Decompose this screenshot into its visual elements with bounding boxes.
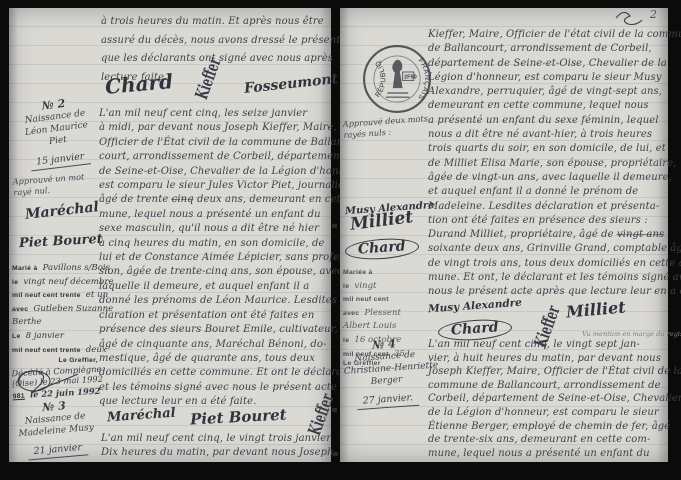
- margin-approval-note: Approuvé un mot rayé nul.: [12, 172, 85, 198]
- manuscript-line: Légion d'honneur, est comparu le sieur M…: [428, 71, 664, 85]
- manuscript-line: mune, lequel nous a présenté un enfant d…: [99, 208, 331, 222]
- folio-corner-mark: 2: [610, 4, 666, 34]
- marriage-stamp-row: mil neuf cent: [343, 291, 429, 305]
- signature-musy-alexandre: Musy Alexandre: [428, 297, 523, 316]
- handwritten-insert: Gutleben Suzanne: [33, 304, 113, 314]
- margin-approval-note: Approuvé deux mots rayés nuls :: [342, 113, 429, 140]
- left-opening-signatures: Chard Kieffer Fosseumont: [105, 72, 329, 96]
- marriage-stamp-row: avec Plessent: [343, 305, 429, 319]
- manuscript-line: âgée de vingt-un ans, avec laquelle il d…: [428, 171, 664, 185]
- manuscript-line: laquelle il demeure, et auquel enfant il…: [99, 280, 331, 294]
- marriage-stamp-row: Mariée à: [343, 264, 429, 278]
- stamp-text: mil neuf cent trente: [12, 347, 81, 354]
- manuscript-line: sion, âgée de trente-cinq ans, son épous…: [99, 265, 331, 279]
- margin-entry-3: № 3 Naissance deMadeleine Musy 21 janvie…: [13, 397, 100, 462]
- binding-staple: [333, 452, 338, 456]
- folio-number: 2: [649, 8, 657, 21]
- handwritten-insert: vingt: [354, 281, 376, 291]
- manuscript-line: à cinq heures du matin, en son domicile,…: [99, 237, 331, 251]
- binding-staple: [332, 224, 337, 228]
- manuscript-line: nous a dit être né avant-hier, à trois h…: [428, 128, 664, 142]
- right-page: RÉPUBLIQUE FRANÇAISE 2F50 Approuvé deux …: [340, 8, 668, 462]
- act-date: 27 janvier.: [356, 391, 419, 410]
- seal-justice-figure: [392, 60, 402, 88]
- manuscript-line: L'an mil neuf cent cinq, le vingt sept j…: [428, 338, 664, 352]
- manuscript-line: sexe masculin, qu'il nous a dit être né …: [99, 222, 331, 236]
- handwritten-insert: Pavillons s/Bois: [43, 263, 110, 273]
- margin-entry-4: № 4 Naissance deChristiane-HenrietteBerg…: [342, 335, 431, 411]
- manuscript-line: claration et présentation ont été faites…: [99, 309, 331, 323]
- manuscript-line: commune de Ballancourt, arrondissement d…: [428, 379, 664, 393]
- seal-value: 2F50: [404, 74, 417, 80]
- manuscript-line: à midi, par devant nous Joseph Kieffer, …: [99, 121, 331, 135]
- margin-signature-milliet: Milliet: [350, 211, 413, 231]
- left-page: à trois heures du matin. Et après nous ê…: [9, 8, 331, 462]
- manuscript-line: de Milliet Elisa Marie, son épouse, prop…: [428, 157, 664, 171]
- signature-milliet: Milliet: [349, 207, 414, 235]
- left-act2-lines: L'an mil neuf cent cinq, les seize janvi…: [99, 107, 331, 410]
- stamp-text: le: [343, 283, 349, 290]
- signature-marechal: Maréchal: [107, 406, 177, 426]
- margin-signature-piet-bouret: Piet Bouret: [19, 230, 103, 249]
- right-act3-signatures: Musy Alexandre Milliet Chard Kieffer Vu …: [428, 300, 664, 340]
- handwritten-insert: deux: [86, 345, 107, 355]
- margin-signature-chard: Chard: [345, 237, 419, 259]
- signature-milliet: Milliet: [565, 297, 626, 321]
- manuscript-line: et les témoins signé avec nous le présen…: [99, 381, 331, 395]
- manuscript-line: à trois heures du matin. Et après nous ê…: [101, 13, 329, 32]
- stamp-text: mil neuf cent trente: [12, 292, 81, 299]
- handwritten-insert: vingt neuf décembre: [23, 277, 113, 287]
- svg-text:RÉPUBLIQUE: RÉPUBLIQUE: [359, 39, 387, 99]
- right-act4-lines: L'an mil neuf cent cinq, le vingt sept j…: [428, 338, 664, 460]
- manuscript-line: soixante deux ans, Grinville Grand, comp…: [428, 242, 664, 256]
- margin-signature-marechal: Maréchal: [25, 200, 99, 219]
- manuscript-line: Durand Milliet, propriétaire, âgé de v̶i…: [428, 228, 664, 242]
- manuscript-line: de vingt trois ans, tous deux domiciliés…: [428, 257, 664, 271]
- stamp-text: Le: [12, 333, 21, 340]
- marriage-stamp-row: mil neuf cent trente deux: [12, 342, 98, 356]
- left-act3-opening-lines: L'an mil neuf cent cinq, le vingt trois …: [101, 432, 331, 460]
- signature-marechal: Maréchal: [24, 199, 99, 223]
- handwritten-insert: Berthe: [12, 317, 42, 327]
- right-act3-lines: Kieffer, Maire, Officier de l'état civil…: [428, 28, 664, 300]
- manuscript-line: présence des sieurs Bouret Emile, cultiv…: [99, 323, 331, 337]
- stamp-text: avec: [12, 306, 28, 313]
- republique-francaise-seal: RÉPUBLIQUE FRANÇAISE 2F50: [362, 44, 432, 114]
- manuscript-line: et auquel enfant il a donné le prénom de: [428, 185, 664, 199]
- manuscript-line: âgé de cinquante ans, Maréchal Bénoni, d…: [99, 338, 331, 352]
- manuscript-line: Officier de l'État civil de la commune d…: [99, 136, 331, 150]
- signature-chard: Chard: [104, 69, 174, 99]
- handwritten-insert: 8 janvier: [26, 331, 64, 341]
- manuscript-line: tion ont été faites en présence des sieu…: [428, 214, 664, 228]
- manuscript-line: L'an mil neuf cent cinq, le vingt trois …: [101, 432, 331, 446]
- registry-scan: à trois heures du matin. Et après nous ê…: [0, 0, 681, 480]
- manuscript-line: âgé de trente c̶i̶n̶q̶ deux ans, demeura…: [99, 193, 331, 207]
- binding-staple: [332, 408, 337, 412]
- manuscript-line: mestique, âgé de quarante ans, tous deux: [99, 352, 331, 366]
- margin-entry-2: № 2 Naissance deLéon MauricePiet 15 janv…: [13, 93, 101, 172]
- manuscript-line: département de Seine-et-Oise, Chevalier …: [428, 57, 664, 71]
- manuscript-line: de la Légion d'honneur, est comparu le s…: [428, 406, 664, 420]
- manuscript-line: a présenté un enfant du sexe féminin, le…: [428, 114, 664, 128]
- marriage-stamp-row: le vingt: [343, 278, 429, 292]
- signature-piet-bouret: Piet Bouret: [189, 405, 286, 428]
- manuscript-line: lui et de Constance Aimée Lépicier, sans…: [99, 251, 331, 265]
- manuscript-line: Étienne Berger, employé de chemin de fer…: [428, 420, 664, 434]
- marriage-stamp-row: mil neuf cent trente et un: [12, 287, 98, 301]
- marriage-stamp-row: Albert Louis: [343, 318, 429, 332]
- stamp-number: 981: [12, 393, 25, 401]
- manuscript-line: demeurant en cette commune, lequel nous: [428, 99, 664, 113]
- manuscript-line: L'an mil neuf cent cinq, les seize janvi…: [99, 107, 331, 121]
- marriage-stamp-row: avec Gutleben Suzanne: [12, 301, 98, 315]
- stamp-text: Mariée à: [343, 269, 373, 276]
- manuscript-line: Alexandre, perruquier, âgé de vingt-sept…: [428, 85, 664, 99]
- manuscript-line: mune. Et ont, le déclarant et les témoin…: [428, 271, 664, 285]
- signature-fosseumont: Fosseumont: [243, 71, 338, 97]
- stamp-text: le: [12, 279, 18, 286]
- manuscript-line: Corbeil, département de Seine-et-Oise, C…: [428, 392, 664, 406]
- manuscript-line: Dix heures du matin, par devant nous Jos…: [101, 446, 331, 460]
- act-date: 15 janvier: [29, 149, 91, 171]
- pencil-marginal-mention: Vu mention en marge du registre: [582, 330, 681, 338]
- manuscript-line: de Ballancourt, arrondissement de Corbei…: [428, 42, 664, 56]
- signature-chard: Chard: [344, 236, 419, 261]
- marriage-stamp-row: Marié à Pavillons s/Bois: [12, 260, 98, 274]
- manuscript-line: est comparu le sieur Jules Victor Piet, …: [99, 179, 331, 193]
- clerk-label: Le Greffier,: [12, 357, 98, 364]
- act-date: 21 janvier: [27, 440, 88, 460]
- left-act2-signatures: Maréchal Piet Bouret Kieffer: [107, 408, 329, 426]
- signature-piet-bouret: Piet Bouret: [19, 232, 103, 251]
- stamp-text: mil neuf cent: [343, 296, 389, 303]
- manuscript-line: Madeleine. Lesdites déclaration et prése…: [428, 200, 664, 214]
- handwritten-insert: Plessent: [364, 308, 401, 318]
- manuscript-line: de Seine-et-Oise, Chevalier de la Légion…: [99, 165, 331, 179]
- manuscript-line: trois quarts du soir, en son domicile, d…: [428, 142, 664, 156]
- manuscript-line: mune, lequel nous a présenté un enfant d…: [428, 447, 664, 461]
- manuscript-line: court, arrondissement de Corbeil, départ…: [99, 150, 331, 164]
- manuscript-line: assuré du décès, nous avons dressé le pr…: [101, 32, 329, 51]
- manuscript-line: de trente-six ans, demeurant en cette co…: [428, 433, 664, 447]
- stamp-text: Marié à: [12, 265, 38, 272]
- manuscript-line: Joseph Kieffer, Maire, Officier de l'Éta…: [428, 365, 664, 379]
- manuscript-line: nous le présent acte après que lecture l…: [428, 285, 664, 299]
- handwritten-insert: et un: [86, 290, 108, 300]
- manuscript-line: domiciliés en cette commune. Et ont le d…: [99, 366, 331, 380]
- manuscript-line: donné les prénoms de Léon Maurice. Lesdi…: [99, 294, 331, 308]
- seal-arc-left-text: RÉPUBLIQUE: [359, 39, 387, 99]
- manuscript-line: vier, à huit heures du matin, par devant…: [428, 352, 664, 366]
- stamp-text: avec: [343, 310, 359, 317]
